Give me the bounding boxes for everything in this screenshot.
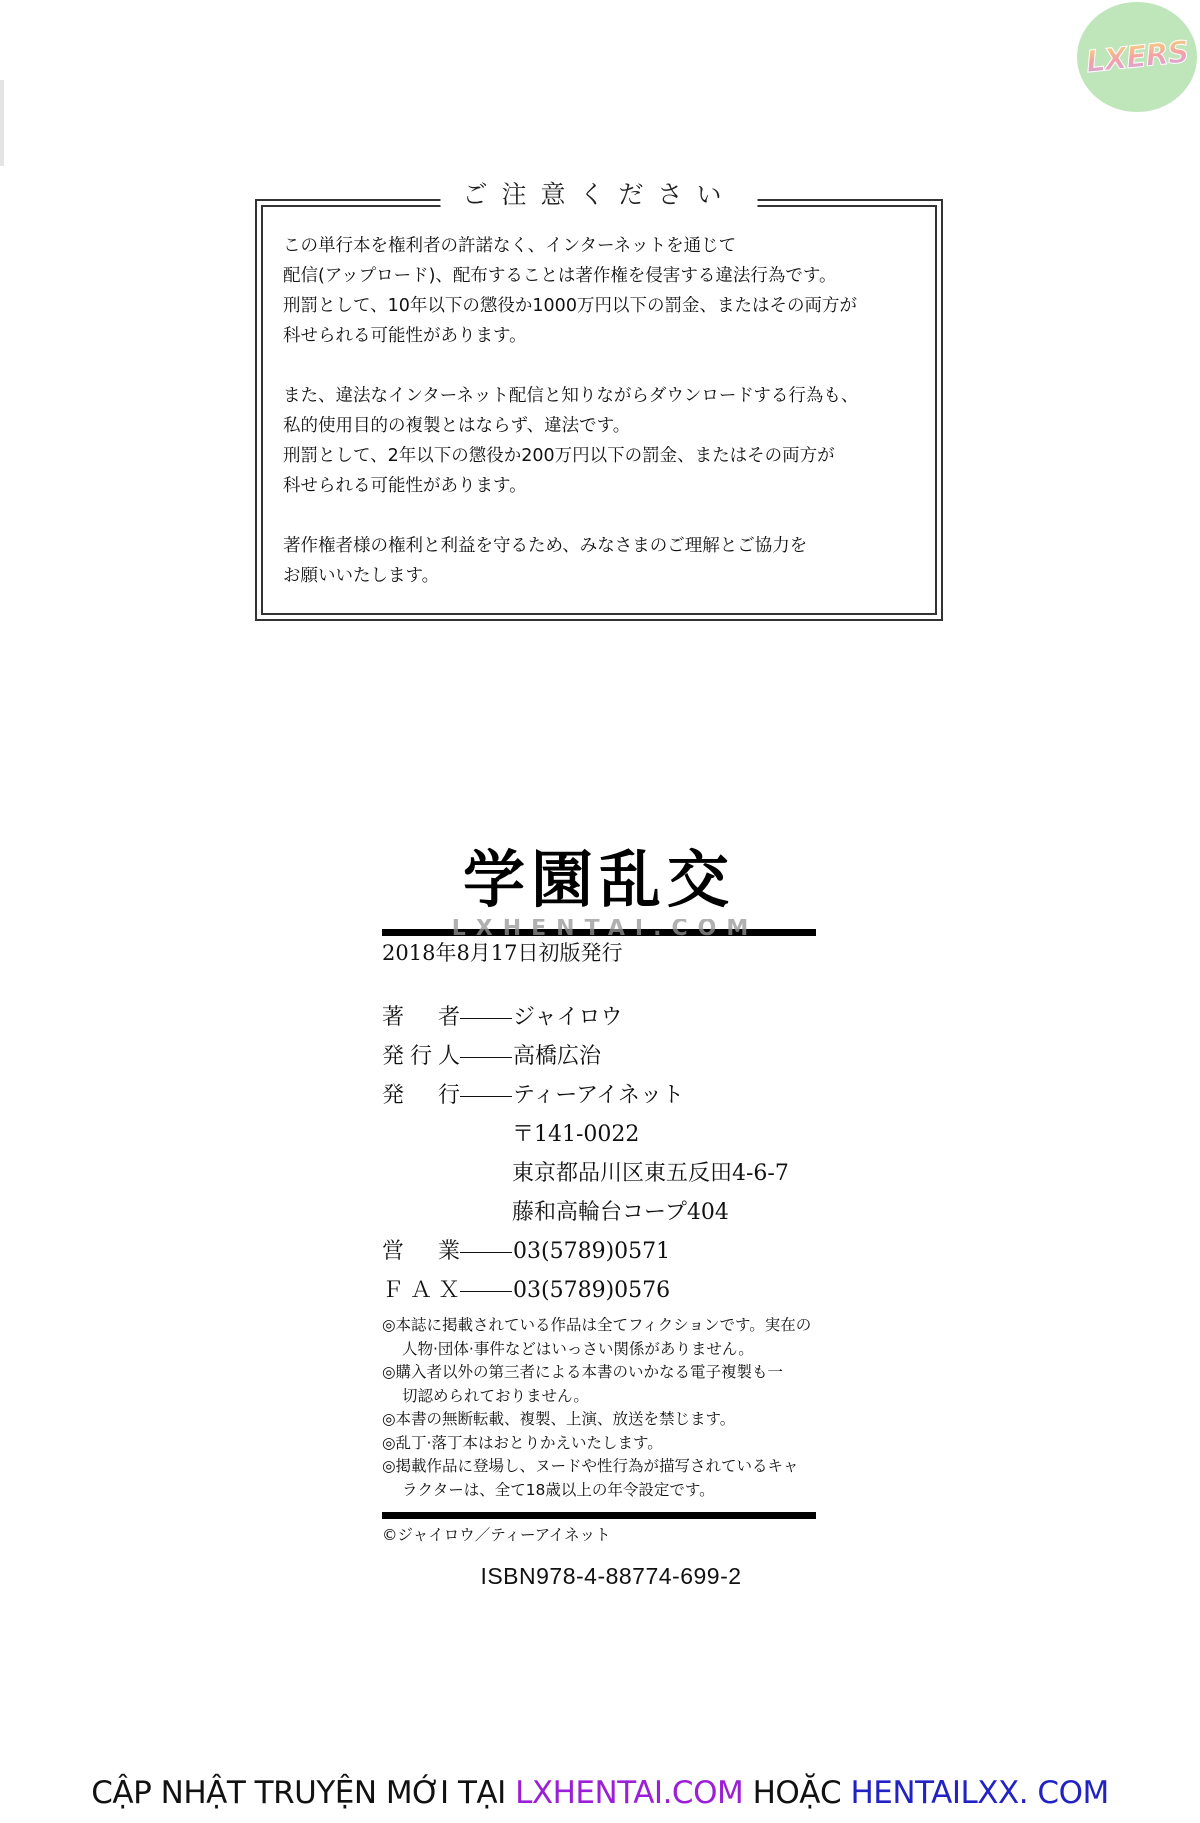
logo-text: LXERS <box>1084 34 1190 80</box>
credit-value: ジャイロウ <box>512 998 623 1037</box>
credit-row-sales-phone: 営 業 03(5789)0571 <box>382 1232 816 1271</box>
label-char: Ｆ <box>382 1271 404 1310</box>
notice-line: 刑罰として、2年以下の懲役か200万円以下の罰金、またはその両方が <box>283 441 921 471</box>
promo-banner: CẬP NHẬT TRUYỆN MỚI TẠI LXHENTAI.COM HOẶ… <box>0 1770 1200 1816</box>
label-char: Ｘ <box>438 1271 460 1310</box>
book-title: 学園乱交 <box>382 840 816 920</box>
credit-row-publisher: 発 行 ティーアイネット <box>382 1076 816 1115</box>
label-char: 者 <box>438 998 460 1037</box>
label-char: 発 <box>382 1076 404 1115</box>
colophon: 学園乱交 2018年8月17日初版発行 著 者 ジャイロウ 発 行 人 高橋広治… <box>382 840 816 1590</box>
credit-label: 営 業 <box>382 1232 460 1271</box>
credit-row-fax: Ｆ Ａ Ｘ 03(5789)0576 <box>382 1271 816 1310</box>
label-char: 発 <box>382 1037 404 1076</box>
notice-paragraph: また、違法なインターネット配信と知りながらダウンロードする行為も、 私的使用目的… <box>283 381 921 501</box>
note-line: 人物·団体·事件などはいっさい関係がありません。 <box>382 1338 816 1362</box>
note-line: ◎本書の無断転載、複製、上演、放送を禁じます。 <box>382 1410 735 1428</box>
label-char: 行 <box>438 1076 460 1115</box>
notice-title: ご注意ください <box>440 175 757 211</box>
note-item: ◎本誌に掲載されている作品は全てフィクションです。実在の 人物·団体·事件などは… <box>382 1314 816 1361</box>
credit-value: 東京都品川区東五反田4-6-7 <box>382 1154 789 1193</box>
credit-label: Ｆ Ａ Ｘ <box>382 1271 460 1310</box>
note-line: ◎購入者以外の第三者による本書のいかなる電子複製も一 <box>382 1363 783 1381</box>
leader-dash <box>460 1096 512 1097</box>
banner-link-hentailxx[interactable]: HENTAILXX. COM <box>851 1775 1109 1811</box>
credit-label: 発 行 <box>382 1076 460 1115</box>
notice-line: お願いいたします。 <box>283 561 921 591</box>
notice-line: 科せられる可能性があります。 <box>283 471 921 501</box>
note-line: ラクターは、全て18歳以上の年令設定です。 <box>382 1479 816 1503</box>
credit-value: 〒141-0022 <box>382 1115 639 1154</box>
isbn: ISBN978-4-88774-699-2 <box>382 1563 816 1590</box>
notice-line: 著作権者様の権利と利益を守るため、みなさまのご理解とご協力を <box>283 531 921 561</box>
notice-line: この単行本を権利者の許諾なく、インターネットを通じて <box>283 231 921 261</box>
label-char: 著 <box>382 998 404 1037</box>
page-edge-mark <box>0 80 4 166</box>
publication-date: 2018年8月17日初版発行 <box>382 938 816 968</box>
credit-row-postal-code: 〒141-0022 <box>382 1115 816 1154</box>
credit-row-address: 東京都品川区東五反田4-6-7 <box>382 1154 816 1193</box>
credit-value: 03(5789)0576 <box>512 1271 670 1310</box>
legal-notes: ◎本誌に掲載されている作品は全てフィクションです。実在の 人物·団体·事件などは… <box>382 1314 816 1502</box>
notice-line: また、違法なインターネット配信と知りながらダウンロードする行為も、 <box>283 381 921 411</box>
note-item: ◎購入者以外の第三者による本書のいかなる電子複製も一 切認められておりません。 <box>382 1361 816 1408</box>
leader-dash <box>460 1291 512 1292</box>
notice-line: 科せられる可能性があります。 <box>283 321 921 351</box>
notice-paragraph: この単行本を権利者の許諾なく、インターネットを通じて 配信(アップロード)、配布… <box>283 231 921 351</box>
credit-label: 発 行 人 <box>382 1037 460 1076</box>
credit-row-author: 著 者 ジャイロウ <box>382 998 816 1037</box>
leader-dash <box>460 1057 512 1058</box>
note-line: ◎乱丁·落丁本はおとりかえいたします。 <box>382 1434 663 1452</box>
notes-rule <box>382 1512 816 1519</box>
notice-line: 私的使用目的の複製とはならず、違法です。 <box>283 411 921 441</box>
credit-value: 高橋広治 <box>512 1037 601 1076</box>
credit-row-publisher-person: 発 行 人 高橋広治 <box>382 1037 816 1076</box>
credits-list: 著 者 ジャイロウ 発 行 人 高橋広治 発 行 ティーアイネット 〒141-0… <box>382 998 816 1310</box>
label-char: 人 <box>438 1037 460 1076</box>
credit-value: 藤和高輪台コープ404 <box>382 1193 729 1232</box>
note-item: ◎本書の無断転載、複製、上演、放送を禁じます。 <box>382 1408 816 1432</box>
notice-body: この単行本を権利者の許諾なく、インターネットを通じて 配信(アップロード)、配布… <box>283 231 921 621</box>
label-char: Ａ <box>410 1271 432 1310</box>
banner-link-lxhentai[interactable]: LXHENTAI.COM <box>515 1775 743 1811</box>
banner-prefix: CẬP NHẬT TRUYỆN MỚI TẠI <box>91 1775 515 1811</box>
credit-label: 著 者 <box>382 998 460 1037</box>
note-line: ◎掲載作品に登場し、ヌードや性行為が描写されているキャ <box>382 1457 799 1475</box>
notice-line: 配信(アップロード)、配布することは著作権を侵害する違法行為です。 <box>283 261 921 291</box>
label-char: 行 <box>410 1037 432 1076</box>
note-item: ◎乱丁·落丁本はおとりかえいたします。 <box>382 1432 816 1456</box>
lxers-logo: LXERS <box>1077 2 1197 112</box>
notice-paragraph: 著作権者様の権利と利益を守るため、みなさまのご理解とご協力を お願いいたします。 <box>283 531 921 591</box>
note-line: ◎本誌に掲載されている作品は全てフィクションです。実在の <box>382 1316 811 1334</box>
leader-dash <box>460 1018 512 1019</box>
credit-value: 03(5789)0571 <box>512 1232 670 1271</box>
label-char: 営 <box>382 1232 404 1271</box>
leader-dash <box>460 1252 512 1253</box>
label-char: 業 <box>438 1232 460 1271</box>
note-line: 切認められておりません。 <box>382 1385 816 1409</box>
copyright-line: ©ジャイロウ／ティーアイネット <box>382 1521 816 1549</box>
notice-line: 刑罰として、10年以下の懲役か1000万円以下の罰金、またはその両方が <box>283 291 921 321</box>
credit-value: ティーアイネット <box>512 1076 684 1115</box>
note-item: ◎掲載作品に登場し、ヌードや性行為が描写されているキャ ラクターは、全て18歳以… <box>382 1455 816 1502</box>
credit-row-building: 藤和高輪台コープ404 <box>382 1193 816 1232</box>
site-watermark: LXHENTAI.COM <box>440 919 770 939</box>
banner-middle: HOẶC <box>743 1775 850 1811</box>
copyright-notice-box: ご注意ください この単行本を権利者の許諾なく、インターネットを通じて 配信(アッ… <box>255 199 943 621</box>
